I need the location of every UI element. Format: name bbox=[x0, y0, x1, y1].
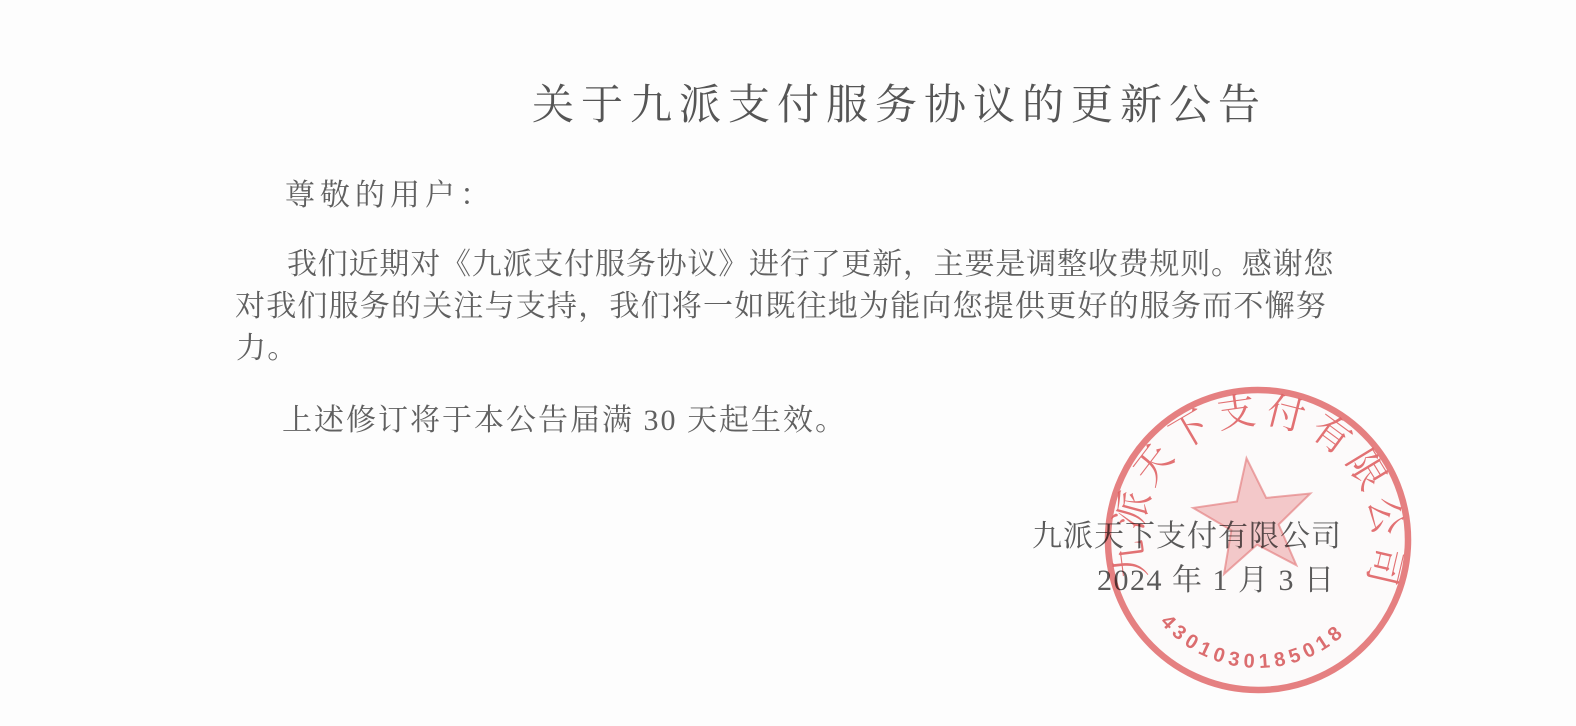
paragraph1-line3: 力。 bbox=[236, 334, 298, 364]
company-seal-stamp: 九派天下支付有限公司 4301030185018 bbox=[1088, 370, 1428, 710]
salutation: 尊敬的用户： bbox=[285, 181, 495, 211]
paragraph1-line2: 对我们服务的关注与支持，我们将一如既往地为能向您提供更好的服务而不懈努 bbox=[235, 292, 1327, 322]
paragraph1-line1: 我们近期对《九派支付服务协议》进行了更新，主要是调整收费规则。感谢您 bbox=[287, 250, 1334, 280]
announcement-document: 关于九派支付服务协议的更新公告 尊敬的用户： 我们近期对《九派支付服务协议》进行… bbox=[0, 0, 1576, 726]
paragraph2-effective-date: 上述修订将于本公告届满 30 天起生效。 bbox=[282, 406, 847, 436]
document-title: 关于九派支付服务协议的更新公告 bbox=[532, 72, 1267, 132]
